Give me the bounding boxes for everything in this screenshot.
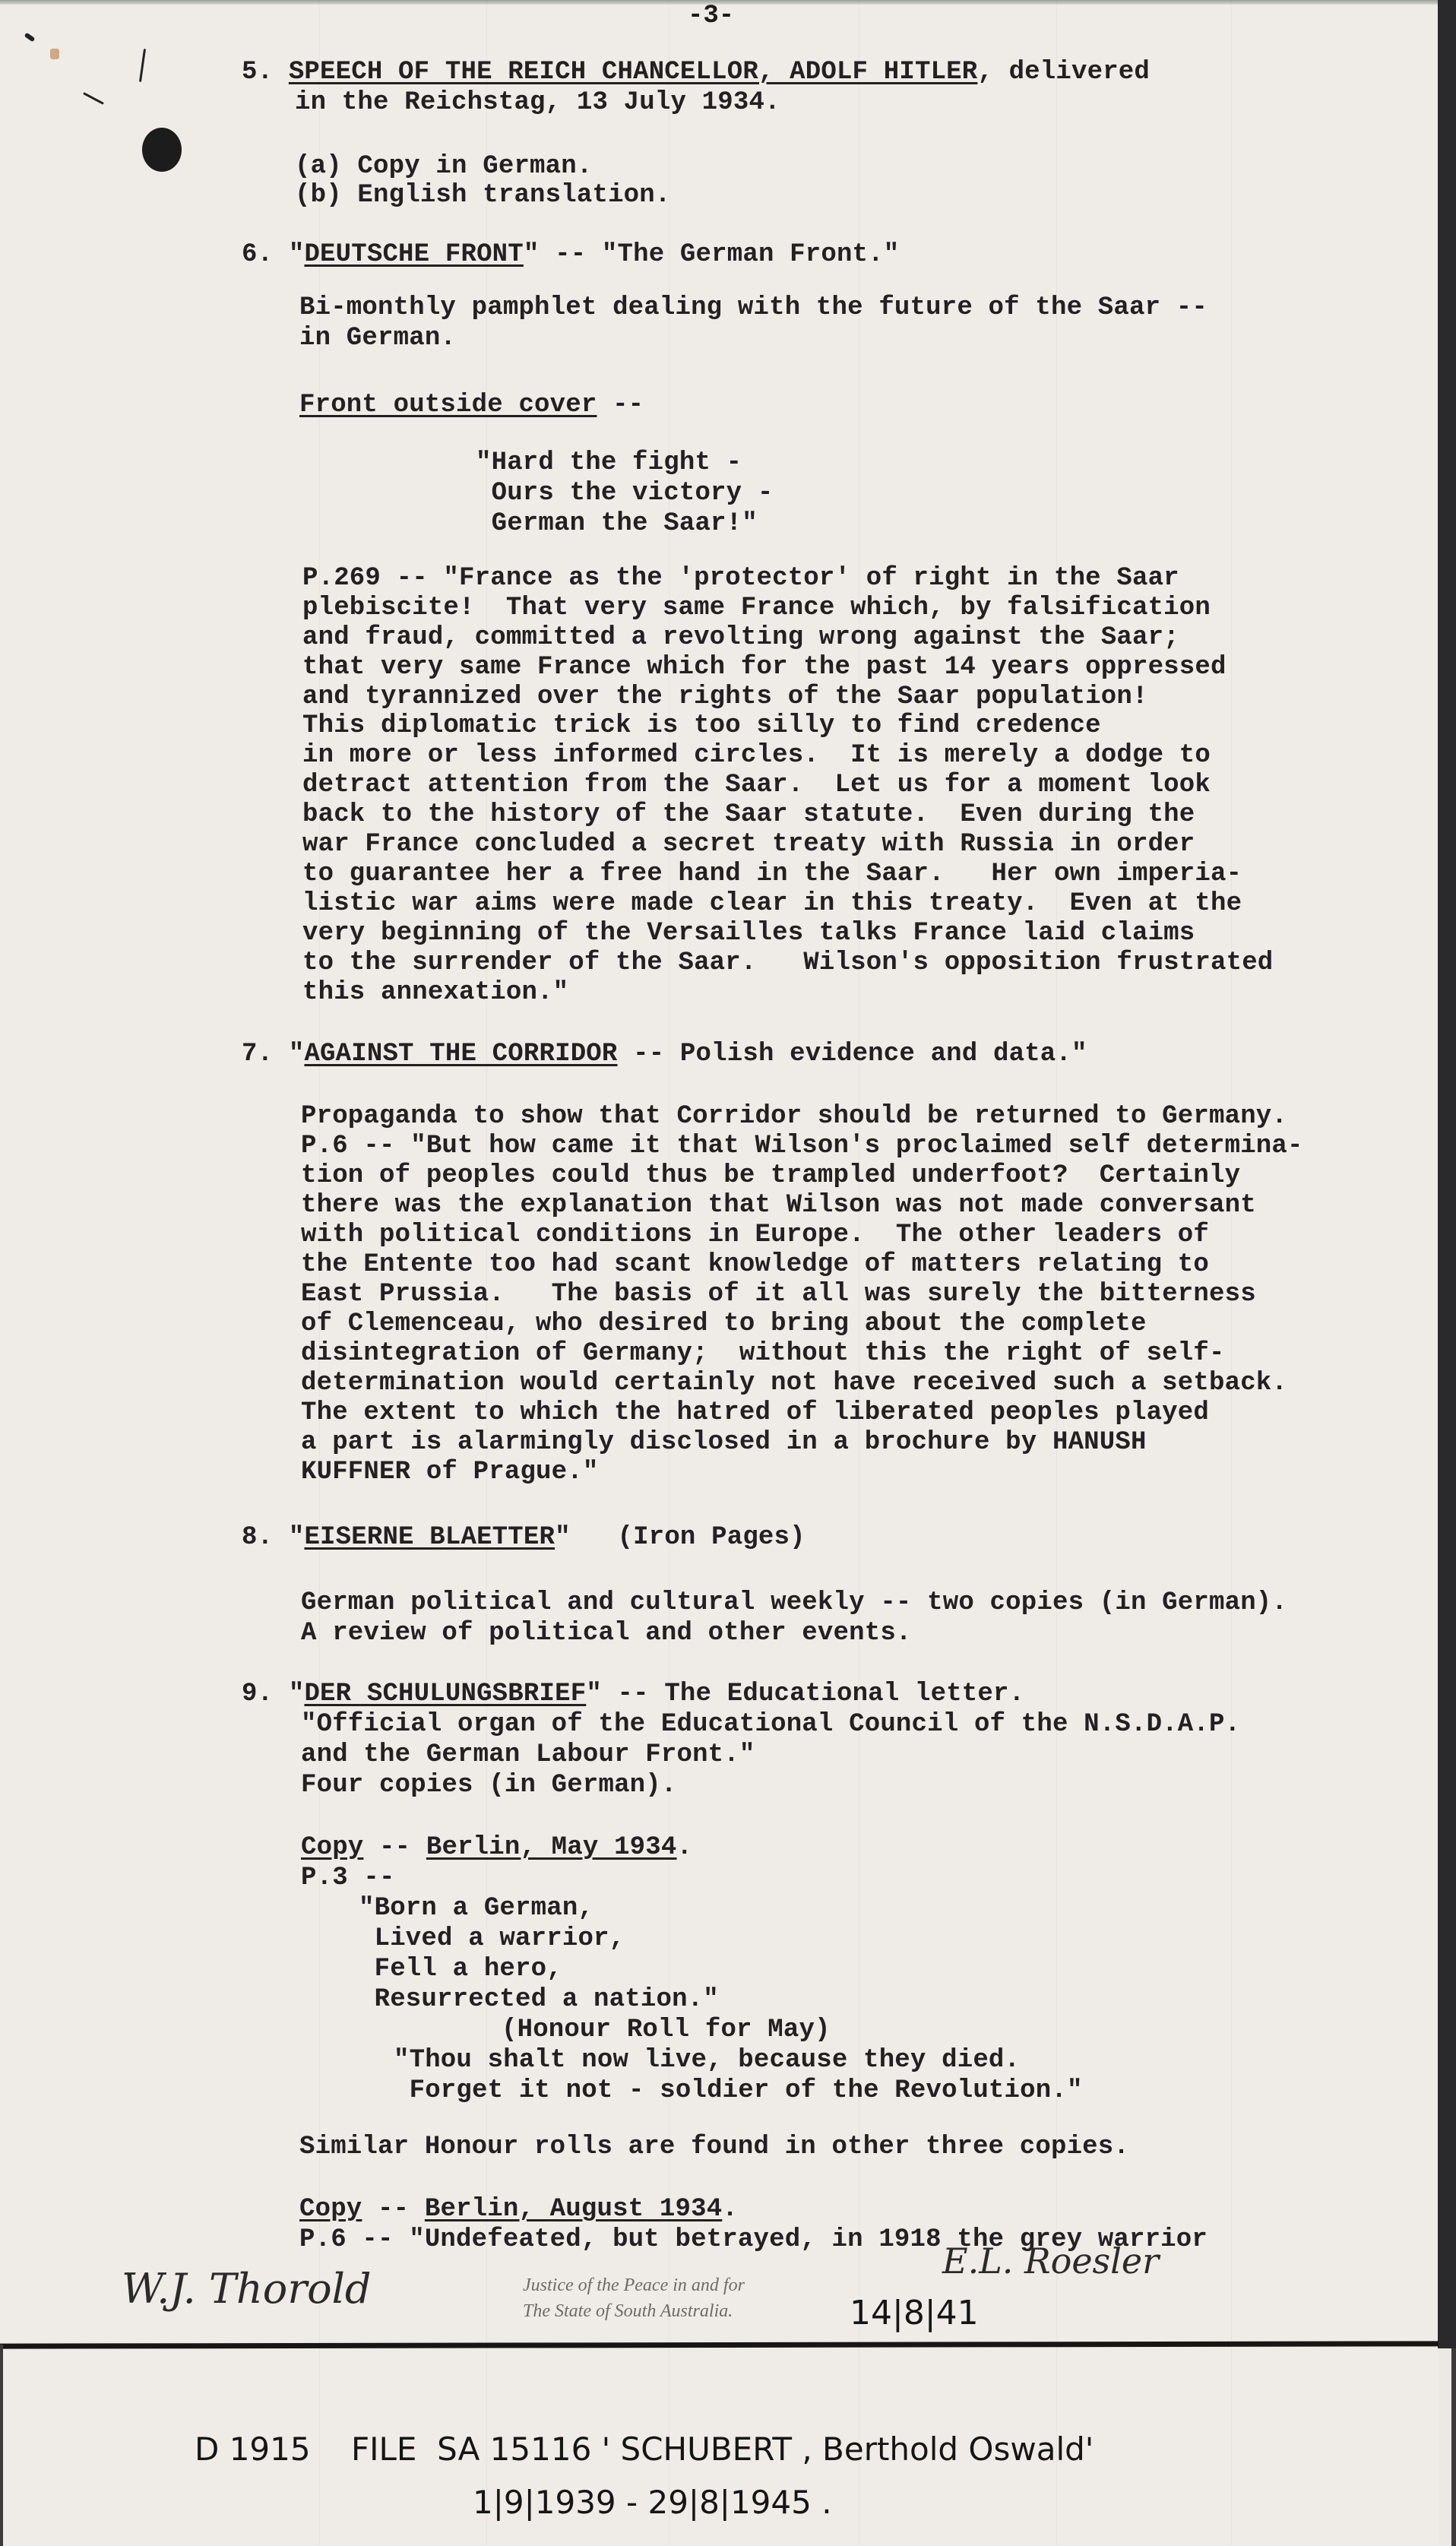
page-edge-shadow (1438, 0, 1456, 2348)
jp-signature: W.J. Thorold (122, 2265, 371, 2313)
quote-line: to guarantee her a free hand in the Saar… (302, 860, 1242, 890)
item-8: 8. "EISERNE BLAETTER" (Iron Pages) (242, 1523, 806, 1553)
scan-streak (1231, 0, 1232, 2546)
item-title-rest: , delivered (977, 58, 1150, 87)
body-line: the Entente too had scant knowledge of m… (301, 1250, 1209, 1281)
body-line: of Clemenceau, who desired to bring abou… (301, 1309, 1147, 1340)
poem-line: Resurrected a nation." (359, 1985, 719, 2016)
quote-line: this annexation." (302, 978, 568, 1009)
item-title: SPEECH OF THE REICH CHANCELLOR, ADOLF HI… (289, 58, 978, 87)
poem-line: Fell a hero, (359, 1955, 562, 1985)
body-line: P.6 -- "But how came it that Wilson's pr… (301, 1132, 1303, 1162)
rust-mark (50, 49, 59, 59)
quote-line: to the surrender of the Saar. Wilson's o… (302, 948, 1273, 979)
item-7: 7. "AGAINST THE CORRIDOR -- Polish evide… (242, 1040, 1087, 1070)
quote-line: that very same France which for the past… (302, 653, 1227, 683)
margin-mark (83, 92, 104, 105)
page-number: -3- (688, 2, 734, 30)
separator: -- (363, 1833, 426, 1862)
quote-line: in more or less informed circles. It is … (302, 741, 1211, 771)
item-title: DER SCHULUNGSBRIEF (304, 1680, 586, 1708)
item-title: DEUTSCHE FRONT (304, 240, 523, 269)
body-line: tion of peoples could thus be trampled u… (301, 1161, 1240, 1192)
body-line: German political and cultural weekly -- … (301, 1588, 1287, 1619)
quote-line: and fraud, committed a revolting wrong a… (302, 623, 1179, 654)
cover-heading-label: Front outside cover (299, 391, 597, 420)
item-title-rest: -- Polish evidence and data." (618, 1040, 1087, 1069)
poem-line: "Born a German, (359, 1894, 593, 1924)
margin-mark (139, 49, 146, 82)
quote-line: detract attention from the Saar. Let us … (302, 771, 1211, 801)
margin-mark (24, 33, 36, 43)
item-number: 9. (242, 1680, 273, 1708)
quote-mark: " (289, 1680, 305, 1708)
item-number: 6. (242, 240, 273, 269)
ink-blot-icon (142, 128, 182, 172)
copy-place-date: Berlin, August 1934 (425, 2195, 722, 2224)
period: . (677, 1833, 693, 1862)
quote-line: P.269 -- "France as the 'protector' of r… (302, 564, 1179, 594)
quote-line: war France concluded a secret treaty wit… (302, 830, 1195, 860)
quote-line: back to the history of the Saar statute.… (302, 800, 1195, 831)
cover-heading: Front outside cover -- (299, 391, 644, 421)
body-line: with political conditions in Europe. The… (301, 1221, 1209, 1251)
body-line: and the German Labour Front." (301, 1740, 755, 1771)
quote-mark: " (289, 1523, 305, 1552)
quote-line: This diplomatic trick is too silly to fi… (302, 711, 1101, 742)
quote-mark: " (289, 1040, 305, 1069)
item-title-line2: in the Reichstag, 13 July 1934. (295, 88, 780, 119)
item-9: 9. "DER SCHULUNGSBRIEF" -- The Education… (242, 1680, 1024, 1710)
body-line: Four copies (in German). (301, 1771, 676, 1801)
poem-caption: (Honour Roll for May) (502, 2016, 831, 2046)
copy-label: Copy (301, 1833, 363, 1862)
body-line: Propaganda to show that Corridor should … (301, 1102, 1287, 1132)
item-title-rest: " -- The Educational letter. (586, 1680, 1024, 1708)
body-line: a part is alarmingly disclosed in a broc… (301, 1428, 1147, 1458)
certification-date: 14|8|41 (850, 2294, 979, 2332)
cover-quote-line: "Hard the fight - (476, 448, 742, 479)
description-line: Bi-monthly pamphlet dealing with the fut… (299, 293, 1208, 324)
item-5: 5. SPEECH OF THE REICH CHANCELLOR, ADOLF… (242, 58, 1150, 88)
item-number: 5. (242, 58, 273, 87)
body-line: there was the explanation that Wilson wa… (301, 1191, 1256, 1221)
similar-note: Similar Honour rolls are found in other … (299, 2133, 1129, 2163)
item-title-rest: " -- "The German Front." (524, 240, 899, 269)
label-box-border (0, 2345, 3, 2546)
item-number: 7. (242, 1040, 273, 1069)
quote-line: plebiscite! That very same France which,… (302, 594, 1211, 624)
copy-reference-august: Copy -- Berlin, August 1934. (299, 2195, 738, 2225)
item-title: EISERNE BLAETTER (304, 1523, 555, 1552)
item-sub-b: (b) English translation. (295, 181, 670, 211)
body-line: The extent to which the hatred of libera… (301, 1398, 1209, 1429)
separator: -- (362, 2195, 424, 2224)
item-sub-a: (a) Copy in German. (295, 152, 592, 182)
body-line: East Prussia. The basis of it all was su… (301, 1280, 1256, 1310)
page-ref: P.3 -- (301, 1864, 395, 1894)
poem2-line: "Thou shalt now live, because they died. (394, 2046, 1020, 2076)
cover-quote-line: German the Saar!" (476, 509, 758, 540)
copy-label: Copy (299, 2195, 362, 2224)
item-title: AGAINST THE CORRIDOR (304, 1040, 617, 1069)
poem-line: Lived a warrior, (359, 1924, 625, 1955)
quote-mark: " (289, 240, 305, 269)
officer-signature: E.L. Roesler (942, 2240, 1159, 2282)
description-line: in German. (299, 324, 456, 354)
file-label-line1: D 1915 FILE SA 15116 ' SCHUBERT , Bertho… (195, 2430, 1094, 2468)
quote-line: listic war aims were made clear in this … (302, 889, 1242, 920)
body-line: disintegration of Germany; without this … (301, 1339, 1225, 1370)
item-number: 8. (242, 1523, 273, 1552)
copy-place-date: Berlin, May 1934 (426, 1833, 677, 1862)
poem2-line: Forget it not - soldier of the Revolutio… (394, 2076, 1083, 2107)
jp-stamp-line: Justice of the Peace in and for (523, 2272, 745, 2298)
cover-heading-suffix: -- (597, 391, 644, 420)
page-edge-shadow (1451, 2348, 1456, 2546)
body-line: KUFFNER of Prague." (301, 1458, 598, 1488)
body-line: determination would certainly not have r… (301, 1369, 1287, 1399)
item-title-rest: " (Iron Pages) (555, 1523, 806, 1552)
jp-stamp-line: The State of South Australia. (523, 2298, 733, 2324)
document-sheet: -3- 5. SPEECH OF THE REICH CHANCELLOR, A… (0, 0, 1439, 2546)
file-label-line2: 1|9|1939 - 29|8|1945 . (473, 2484, 832, 2521)
quote-line: very beginning of the Versailles talks F… (302, 919, 1195, 949)
period: . (722, 2195, 738, 2224)
cover-quote-line: Ours the victory - (476, 479, 773, 509)
body-line: A review of political and other events. (301, 1619, 912, 1649)
body-line: "Official organ of the Educational Counc… (301, 1710, 1240, 1740)
copy-reference-may: Copy -- Berlin, May 1934. (301, 1833, 692, 1864)
quote-line: and tyrannized over the rights of the Sa… (302, 682, 1148, 713)
item-6: 6. "DEUTSCHE FRONT" -- "The German Front… (242, 240, 899, 271)
